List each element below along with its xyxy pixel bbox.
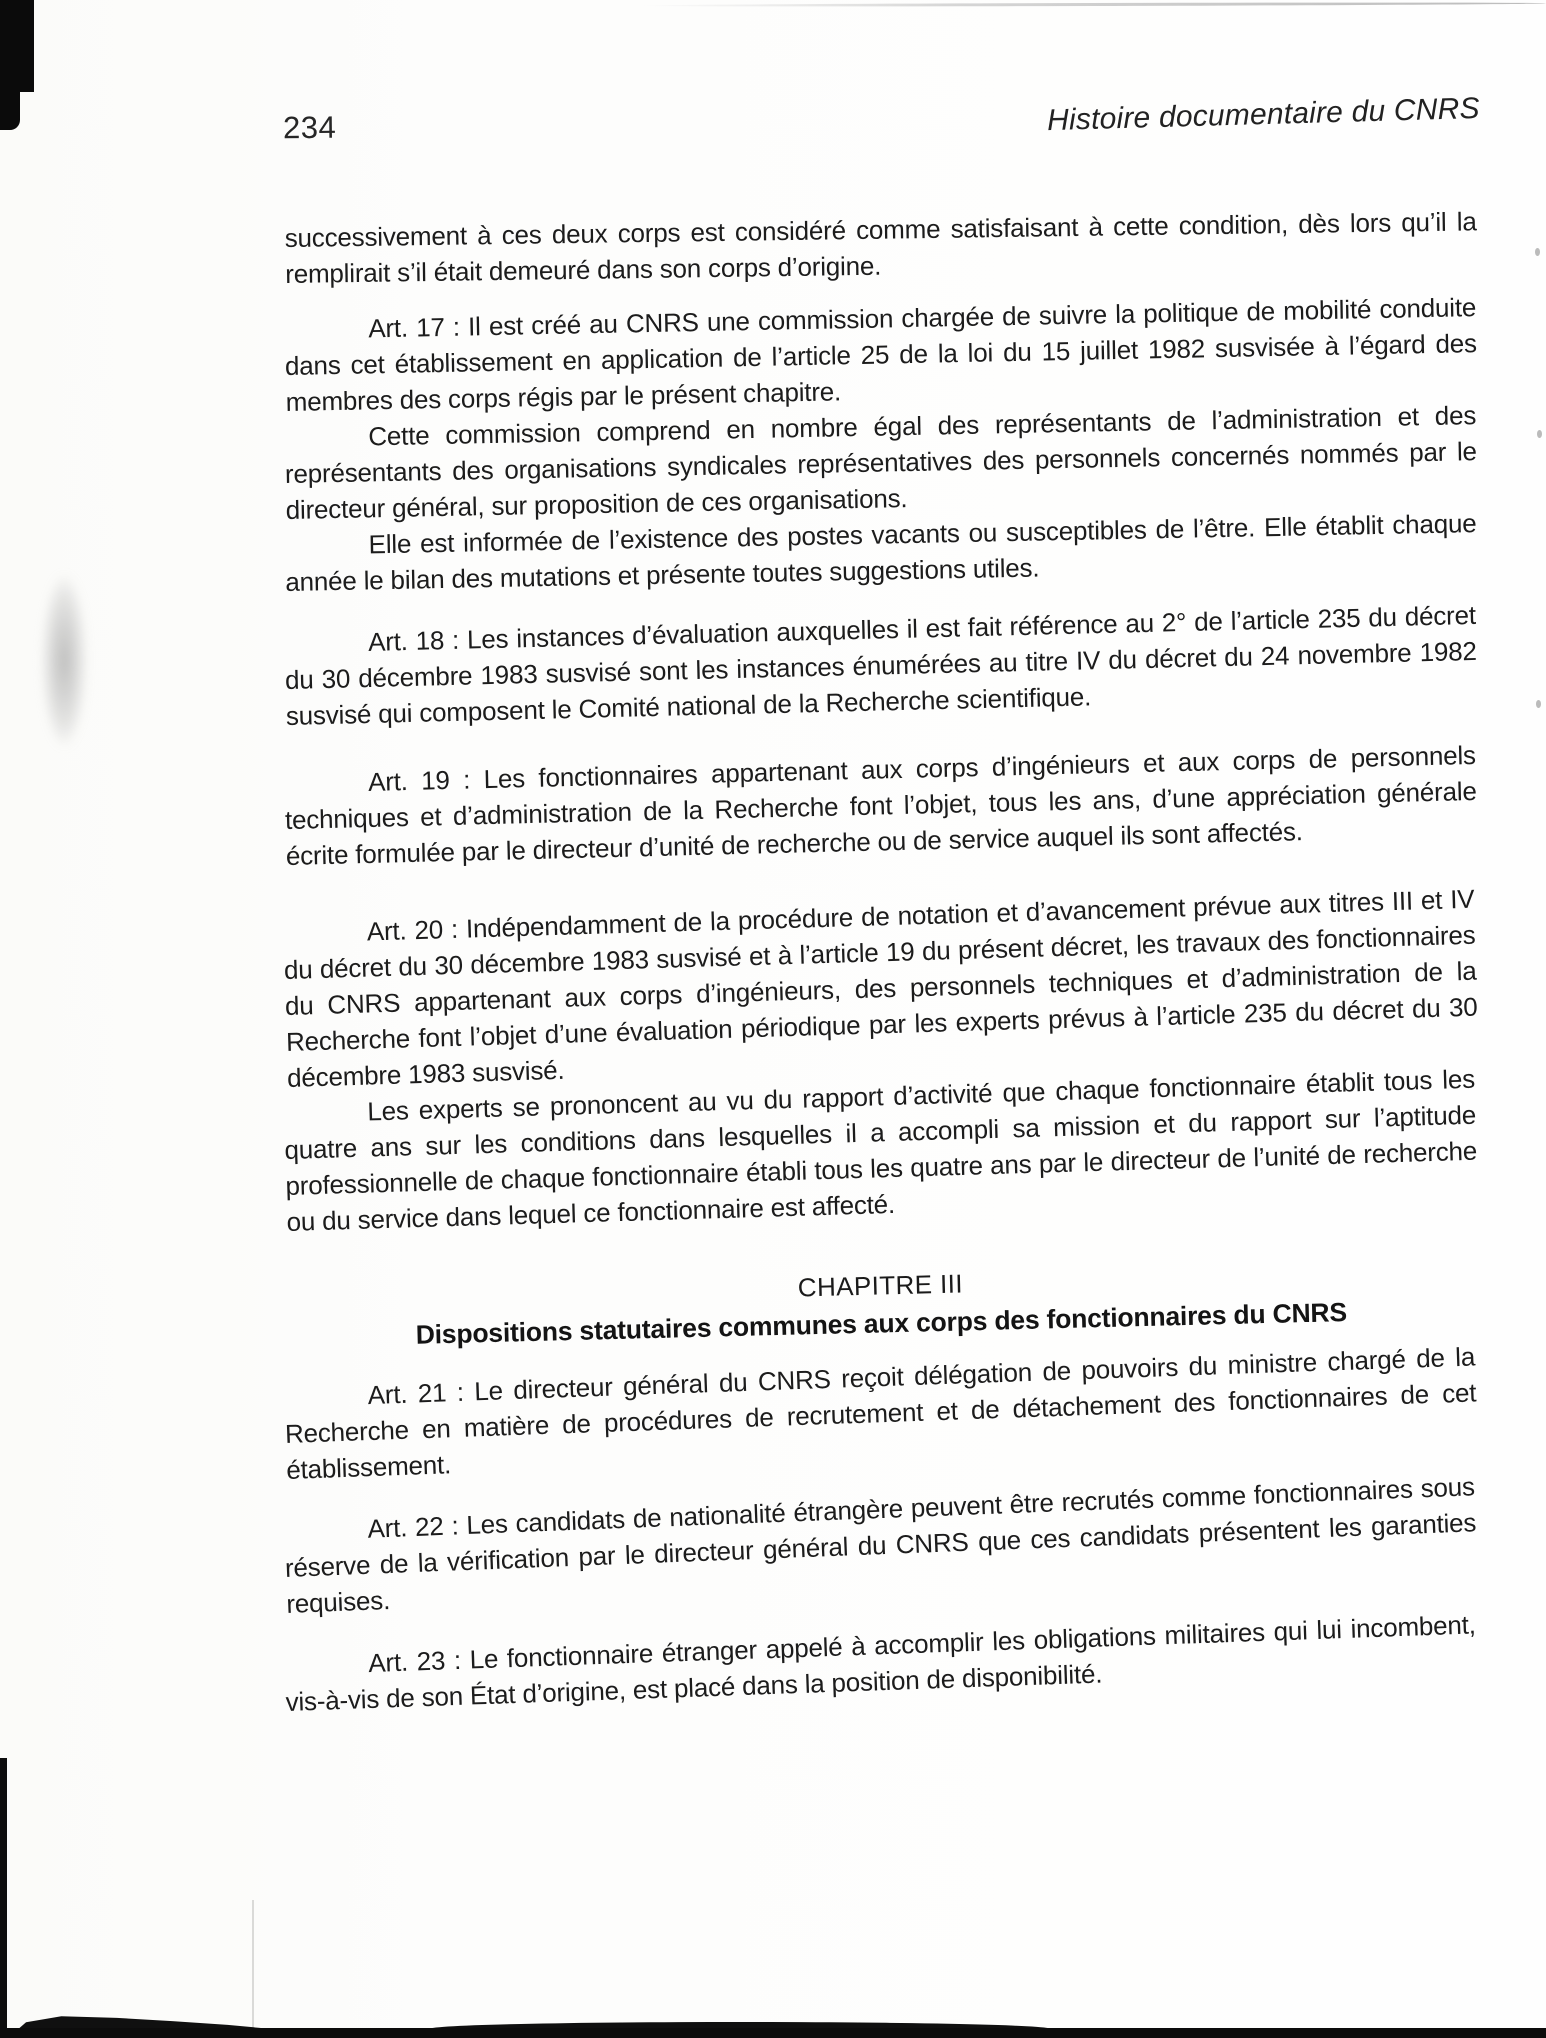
paragraph-art-22: Art. 22 : Les candidats de nationalité é… (283, 1468, 1478, 1622)
chapter-heading: CHAPITRE III Dispositions statutaires co… (284, 1253, 1477, 1356)
scanned-page: 234 Histoire documentaire du CNRS succes… (0, 0, 1546, 2038)
scan-artifact-edge-speck (1536, 700, 1541, 708)
scan-artifact-edge-speck (1535, 248, 1540, 256)
page-text-column: successivement à ces deux corps est cons… (285, 220, 1477, 1720)
running-header: Histoire documentaire du CNRS (1047, 92, 1480, 138)
scan-artifact-top-left-bar-lower (0, 90, 20, 130)
scan-artifact-left-edge-bar (0, 1758, 7, 2038)
scan-artifact-edge-speck (1537, 430, 1542, 438)
paragraph-art-23: Art. 23 : Le fonctionnaire étranger appe… (284, 1606, 1478, 1720)
scan-artifact-top-edge-line (636, 2, 1546, 7)
paragraph-art-20: Art. 20 : Indépendamment de la procédure… (282, 881, 1479, 1096)
paragraph-continuation: successivement à ces deux corps est cons… (284, 203, 1477, 292)
scan-artifact-gutter-line (252, 1900, 254, 2032)
paragraph-art-19: Art. 19 : Les fonctionnaires appartenant… (284, 737, 1478, 874)
scan-artifact-gray-smudge (38, 548, 96, 773)
paragraph-art-18: Art. 18 : Les instances d’évaluation aux… (284, 597, 1478, 734)
scan-artifact-top-left-bar (0, 0, 34, 92)
paragraph-art-21: Art. 21 : Le directeur général du CNRS r… (283, 1338, 1478, 1488)
scan-artifact-bottom-bar (0, 2028, 1546, 2038)
page-number: 234 (283, 110, 337, 147)
